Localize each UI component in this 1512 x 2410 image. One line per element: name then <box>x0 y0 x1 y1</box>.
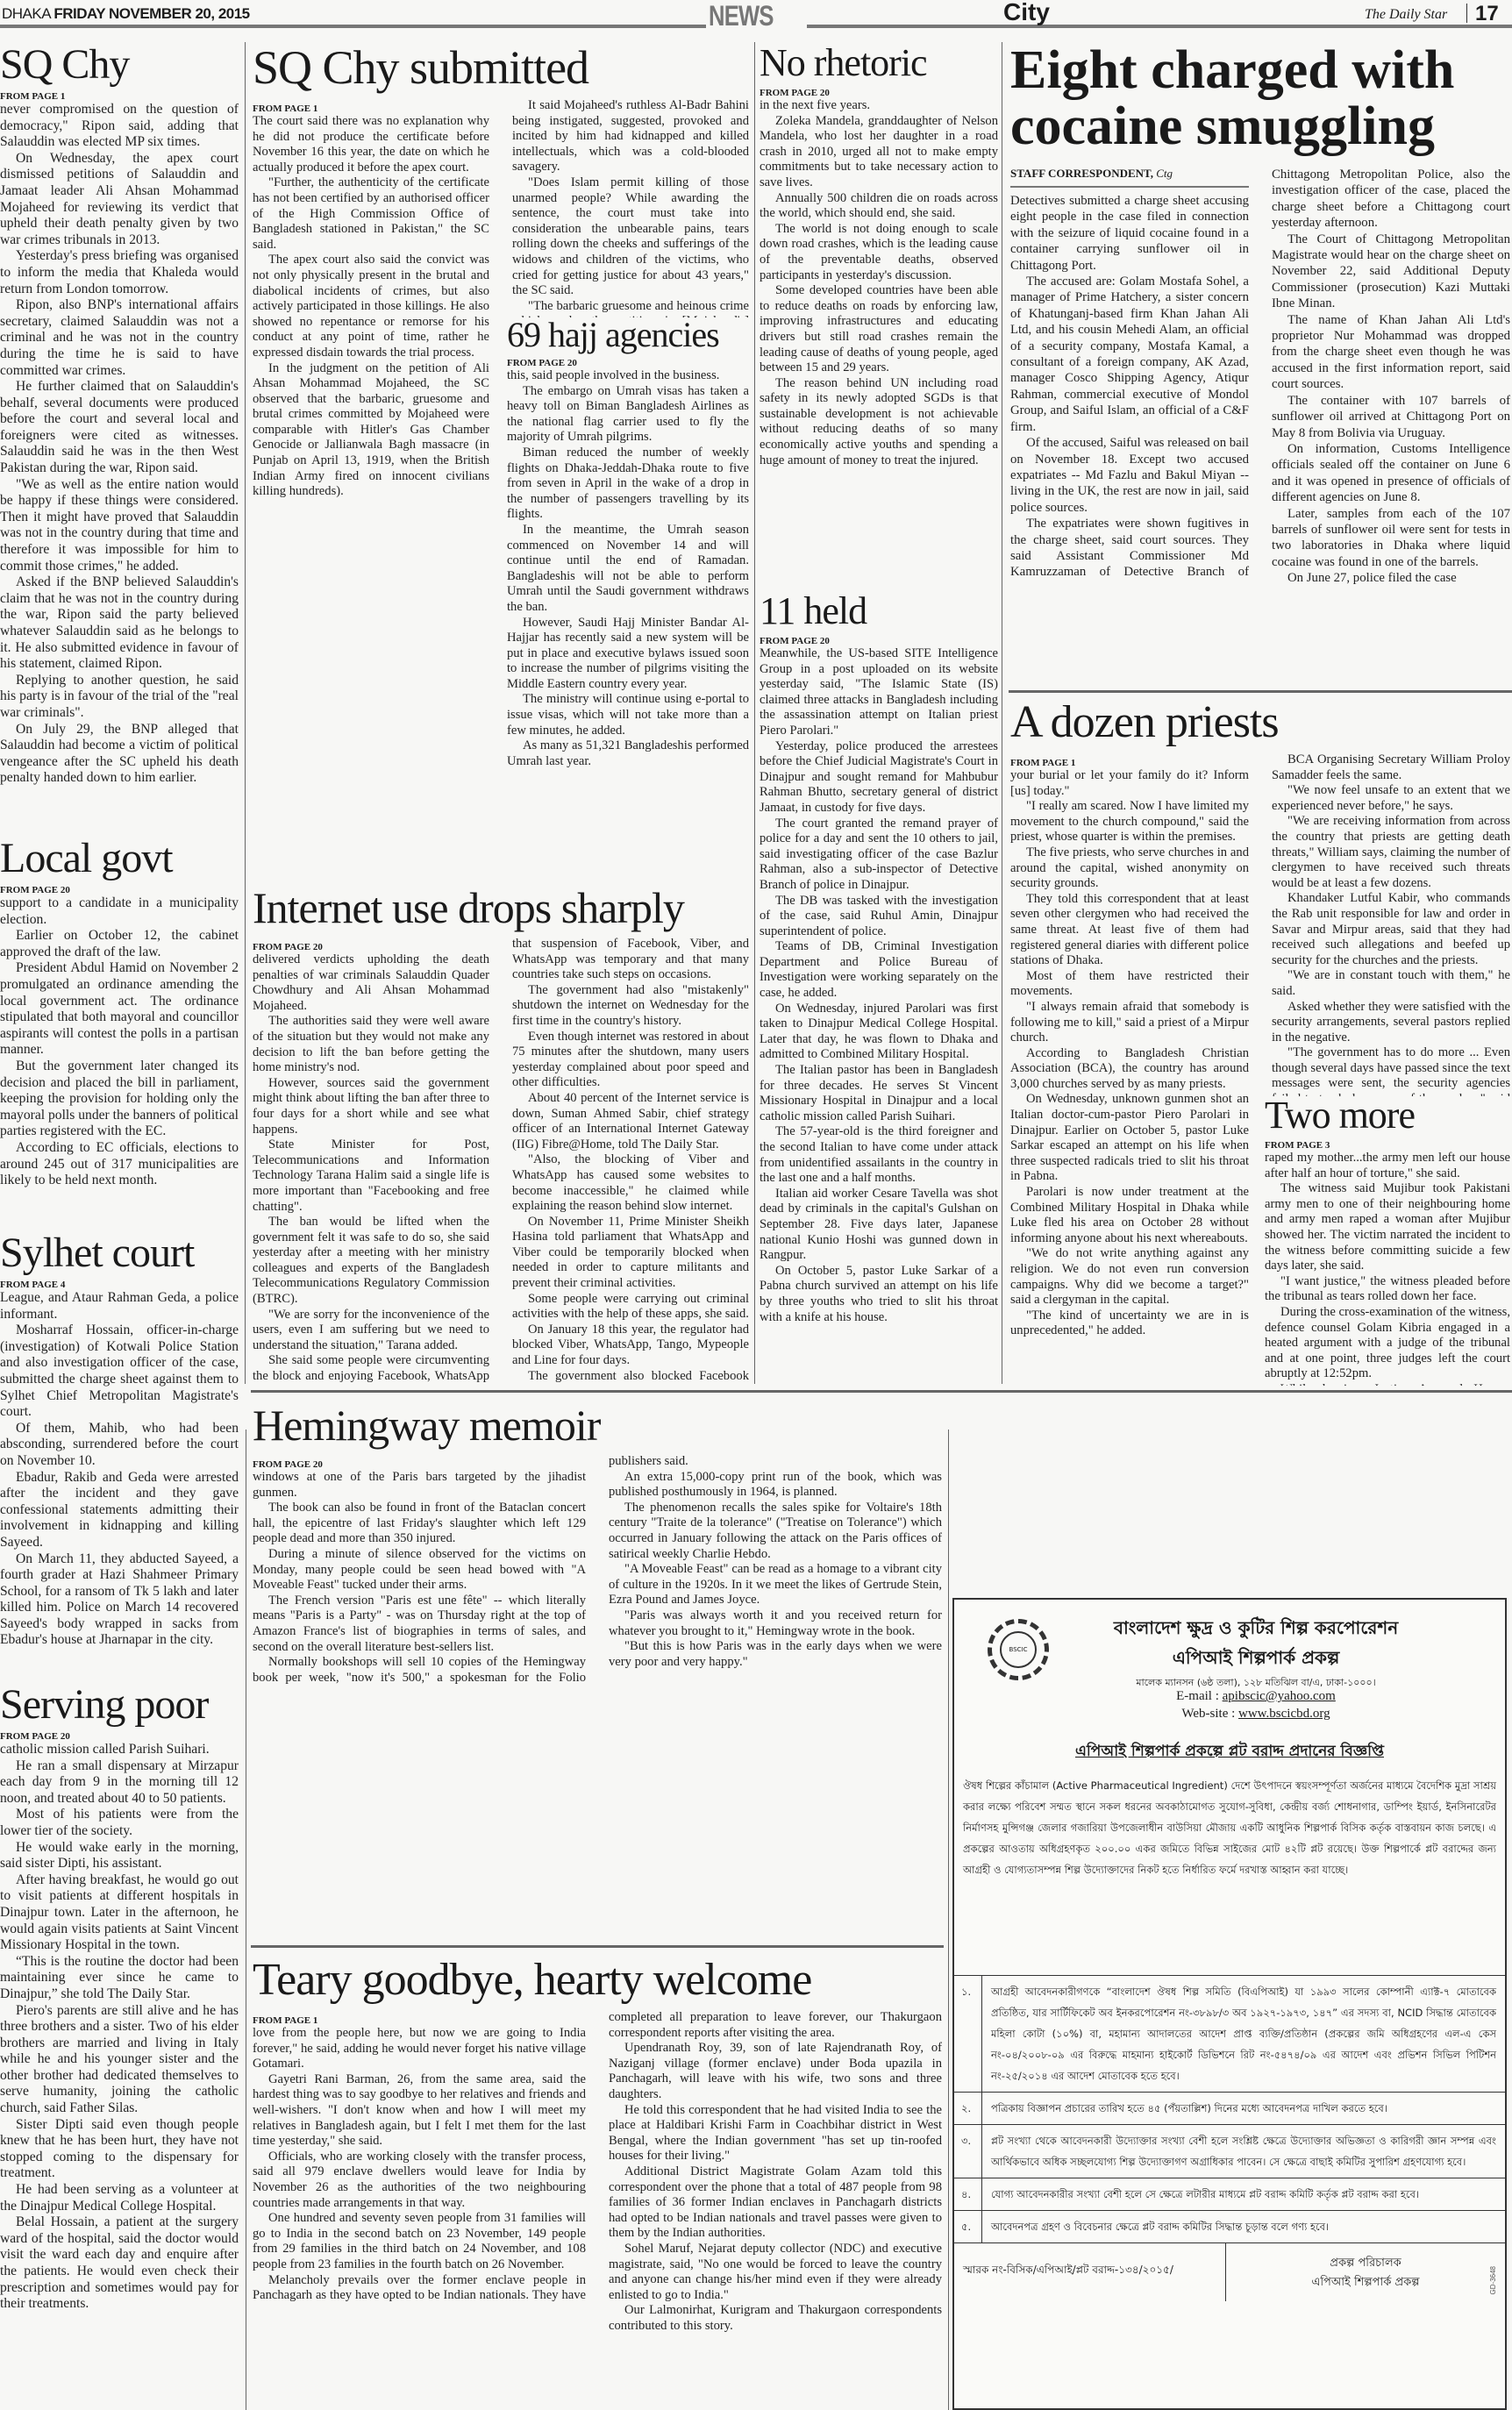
headline[interactable]: SQ Chy <box>0 44 239 86</box>
masthead-rule-left <box>0 25 706 28</box>
article-hajj-agencies: 69 hajj agencies FROM PAGE 20 this, said… <box>507 317 749 879</box>
jump-kicker: FROM PAGE 20 <box>0 1731 239 1742</box>
column-divider <box>1002 42 1002 1384</box>
jump-kicker: FROM PAGE 3 <box>1265 1140 1510 1151</box>
page-number: 17 <box>1475 2 1499 26</box>
jump-kicker: FROM PAGE 20 <box>507 358 749 368</box>
ad-org-name: বাংলাদেশ ক্ষুদ্র ও কুটির শিল্প করপোরেশন <box>954 1615 1505 1644</box>
headline[interactable]: Internet use drops sharply <box>253 886 749 930</box>
headline[interactable]: Sylhet court <box>0 1232 239 1274</box>
masthead: DHAKA FRIDAY NOVEMBER 20, 2015 NEWS City… <box>0 0 1512 30</box>
condition-row: ৫.আবেদনপত্র গ্রহণ ও বিবেচনার ক্ষেত্রে প্… <box>954 2211 1505 2243</box>
article-body: Detectives submitted a charge sheet accu… <box>1010 167 1510 587</box>
section-label: NEWS <box>709 0 774 32</box>
ad-code: GD-3648 <box>1484 2266 1503 2294</box>
article-body: never compromised on the question of dem… <box>0 102 239 787</box>
ad-project-name: এপিআই শিল্পপার্ক প্রকল্প <box>954 1645 1505 1674</box>
headline[interactable]: Hemingway memoir <box>253 1403 942 1447</box>
byline: STAFF CORRESPONDENT, Ctg <box>1010 167 1249 188</box>
jump-kicker: FROM PAGE 20 <box>253 1459 586 1470</box>
edition-city: DHAKA <box>2 5 50 22</box>
article-no-rhetoric: No rhetoric FROM PAGE 20 in the next fiv… <box>760 44 998 592</box>
ad-conditions-table: ১.আগ্রহী আবেদনকারীগণকে “বাংলাদেশ ঔষধ শিল… <box>954 1975 1505 2301</box>
section-rule <box>251 1945 944 1948</box>
headline[interactable]: Two more <box>1265 1096 1510 1135</box>
headline[interactable]: Local govt <box>0 838 239 880</box>
website-link[interactable]: www.bscicbd.org <box>1238 1707 1330 1721</box>
jump-kicker: FROM PAGE 1 <box>253 103 489 114</box>
ad-intro-text: ঔষধ শিল্পের কাঁচামাল (Active Pharmaceuti… <box>963 1775 1496 1880</box>
headline[interactable]: SQ Chy submitted <box>253 44 749 91</box>
headline[interactable]: Serving poor <box>0 1684 239 1726</box>
article-two-more: Two more FROM PAGE 3 raped my mother...t… <box>1265 1096 1510 1386</box>
jump-kicker: FROM PAGE 4 <box>0 1280 239 1290</box>
headline[interactable]: Eight charged with cocaine smuggling <box>1010 42 1510 154</box>
ad-website: Web-site : www.bscicbd.org <box>954 1707 1505 1722</box>
headline[interactable]: A dozen priests <box>1010 700 1510 745</box>
edition-dateline: DHAKA FRIDAY NOVEMBER 20, 2015 <box>2 5 250 23</box>
article-sq-chy: SQ Chy FROM PAGE 1 never compromised on … <box>0 44 239 829</box>
jump-kicker: FROM PAGE 20 <box>0 885 239 895</box>
article-body: Meanwhile, the US-based SITE Intelligenc… <box>760 646 998 1325</box>
headline[interactable]: 69 hajj agencies <box>507 317 749 353</box>
masthead-separator <box>1466 4 1467 23</box>
subsection-label: City <box>1003 0 1050 26</box>
section-rule <box>1009 1390 1512 1393</box>
column-divider <box>948 1430 949 2410</box>
ad-footer: স্মারক নং-বিসিক/এপিআই/প্লট বরাদ্দ-১৩৪/২০… <box>954 2243 1505 2301</box>
headline[interactable]: No rhetoric <box>760 44 998 82</box>
article-11-held: 11 held FROM PAGE 20 Meanwhile, the US-b… <box>760 592 998 1386</box>
condition-row: ১.আগ্রহী আবেদনকারীগণকে “বাংলাদেশ ঔষধ শিল… <box>954 1976 1505 2093</box>
jump-kicker: FROM PAGE 1 <box>253 2015 586 2026</box>
article-teary-goodbye: Teary goodbye, hearty welcome FROM PAGE … <box>253 1957 942 2410</box>
jump-kicker: FROM PAGE 1 <box>0 91 239 102</box>
article-body: support to a candidate in a municipality… <box>0 895 239 1189</box>
jump-kicker: FROM PAGE 20 <box>253 942 489 952</box>
article-local-govt: Local govt FROM PAGE 20 support to a can… <box>0 838 239 1219</box>
column-divider <box>245 42 246 1384</box>
article-hemingway-memoir: Hemingway memoir FROM PAGE 20 windows at… <box>253 1403 942 1940</box>
article-body: this, said people involved in the busine… <box>507 368 749 769</box>
ad-memo-ref: স্মারক নং-বিসিক/এপিআই/প্লট বরাদ্দ-১৩৪/২০… <box>954 2243 1226 2301</box>
email-link[interactable]: apibscic@yahoo.com <box>1223 1689 1336 1703</box>
article-cocaine-smuggling: Eight charged with cocaine smuggling STA… <box>1010 42 1510 687</box>
condition-row: ২.পত্রিকায় বিজ্ঞাপন প্রচারের তারিখ হতে … <box>954 2093 1505 2125</box>
article-body: catholic mission called Parish Suihari.H… <box>0 1742 239 2313</box>
headline[interactable]: 11 held <box>760 592 998 631</box>
condition-row: ৪.যোগ্য আবেদনকারীর সংখ্যা বেশী হলে সে ক্… <box>954 2178 1505 2211</box>
jump-kicker: FROM PAGE 20 <box>760 88 998 98</box>
article-body: League, and Ataur Rahman Geda, a police … <box>0 1290 239 1649</box>
section-rule <box>1009 690 1512 693</box>
ad-email: E-mail : apibscic@yahoo.com <box>954 1689 1505 1704</box>
masthead-rule-right <box>807 25 1512 28</box>
bscic-notice-advertisement: BSCIC বাংলাদেশ ক্ষুদ্র ও কুটির শিল্প করপ… <box>952 1598 1507 2410</box>
headline[interactable]: Teary goodbye, hearty welcome <box>253 1957 942 2003</box>
ad-notice-title: এপিআই শিল্পপার্ক প্রকল্পে প্লট বরাদ্দ প্… <box>954 1740 1505 1765</box>
paper-logo: The Daily Star <box>1365 7 1447 23</box>
jump-kicker: FROM PAGE 1 <box>1010 758 1249 768</box>
article-body: delivered verdicts upholding the death p… <box>253 937 749 1386</box>
edition-date: FRIDAY NOVEMBER 20, 2015 <box>53 5 249 22</box>
article-sylhet-court: Sylhet court FROM PAGE 4 League, and Ata… <box>0 1232 239 1675</box>
article-body: love from the people here, but now we ar… <box>253 2010 942 2334</box>
article-body: windows at one of the Paris bars targete… <box>253 1454 942 1686</box>
column-divider <box>246 1430 246 2410</box>
jump-kicker: FROM PAGE 20 <box>760 636 998 646</box>
article-internet-use: Internet use drops sharply FROM PAGE 20 … <box>253 886 749 1386</box>
column-divider <box>754 42 755 1384</box>
ad-signatory: প্রকল্প পরিচালক এপিআই শিল্পপার্ক প্রকল্প… <box>1226 2243 1505 2301</box>
article-body: raped my mother...the army men left our … <box>1265 1151 1510 1386</box>
article-serving-poor: Serving poor FROM PAGE 20 catholic missi… <box>0 1684 239 2410</box>
article-body: in the next five years.Zoleka Mandela, g… <box>760 98 998 468</box>
condition-row: ৩.প্লট সংখ্যা থেকে আবেদনকারী উদ্যোক্তার … <box>954 2125 1505 2178</box>
